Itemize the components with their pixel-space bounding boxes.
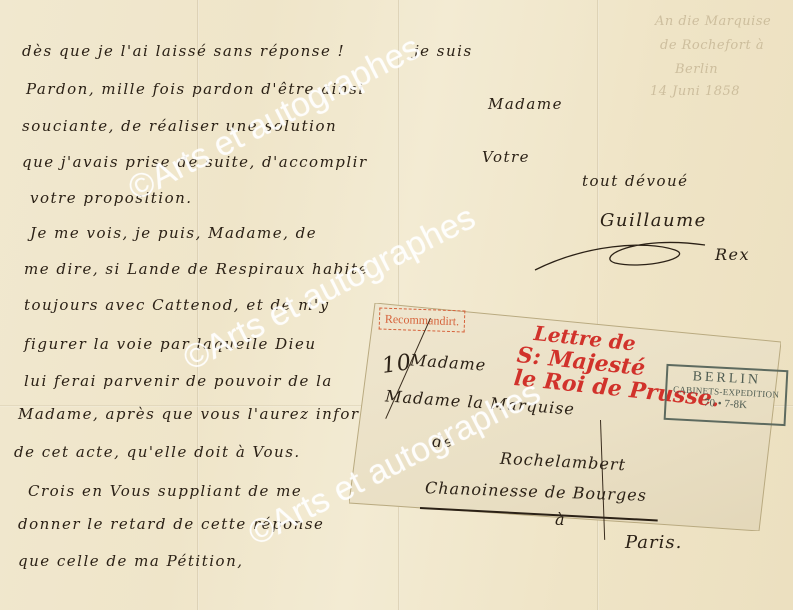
berlin-postmark: BERLIN CABINETS-EXPEDITION 70 • 7-8K <box>664 364 789 426</box>
letter-line: dès que je l'ai laissé sans réponse ! <box>22 42 345 60</box>
bleed-through-text: An die Marquise <box>655 14 771 29</box>
recommandirt-label: Recommandirt. <box>379 308 466 333</box>
letter-line: de cet acte, qu'elle doit à Vous. <box>14 443 301 461</box>
letter-line: Madame, après que vous l'aurez informé <box>18 405 386 423</box>
letter-line: que celle de ma Pétition, <box>18 552 244 570</box>
letter-line: Crois en Vous suppliant de me <box>28 482 302 500</box>
fold-line <box>398 0 400 610</box>
envelope-address-line: Paris. <box>625 532 682 553</box>
letter-closing: tout dévoué <box>582 172 689 190</box>
letter-closing: Madame <box>488 95 563 113</box>
bleed-through-text: Berlin <box>675 62 718 77</box>
envelope-address-line: à <box>555 510 566 529</box>
letter-closing: Votre <box>482 148 530 166</box>
signature-flourish <box>525 215 755 285</box>
bleed-through-text: 14 Juni 1858 <box>650 84 740 99</box>
bleed-through-text: de Rochefort à <box>660 38 764 53</box>
letter-line: lui ferai parvenir de pouvoir de la <box>24 372 333 390</box>
letter-line: Je me vois, je puis, Madame, de <box>30 224 317 242</box>
